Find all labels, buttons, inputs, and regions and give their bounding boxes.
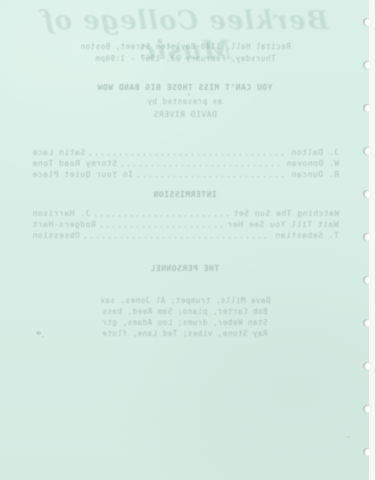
program-row-right: J. Dalton (291, 148, 339, 157)
dot-leader (101, 221, 223, 229)
personnel-line-text: Bob Carter, piano; Sam Reed, bass (102, 307, 268, 316)
punch-hole-icon (363, 104, 371, 112)
dot-leader (95, 210, 227, 218)
paper-speck (347, 436, 350, 438)
personnel-heading: THE PERSONNEL (0, 264, 370, 273)
punch-hole-icon (363, 233, 371, 241)
presented-by-label: as presented by (0, 97, 370, 106)
punch-hole-icon (363, 448, 371, 456)
personnel-line-text: Dave Mills, trumpet; Al Jones, sax (100, 296, 271, 305)
program-row: Rodgers-Hart Wait Till You See Her (32, 219, 339, 229)
program-row-left: J. Harrison (32, 209, 90, 218)
dot-leader (90, 149, 286, 157)
program-row-left: In Your Quiet Place (32, 170, 133, 179)
performer-name: DAVID RIVERS (0, 110, 370, 119)
program-row-left: Obsession (32, 231, 80, 240)
paper-sheet: Berklee College of Music Recital Hall, 1… (0, 0, 370, 480)
program-row: Obsession T. Sebastian (32, 230, 339, 240)
punch-hole-icon (363, 61, 371, 69)
personnel-line: Bob Carter, piano; Sam Reed, bass (0, 307, 370, 316)
personnel-line: Stan Weber, drums; Lou Adams, gtr (0, 318, 370, 327)
punch-hole-icon (363, 405, 371, 413)
dot-leader (122, 160, 281, 168)
paper-speck (187, 93, 190, 96)
program-row: J. Harrison Watching The Sun Set (32, 208, 339, 218)
venue-line-1: Recital Hall, 1140 Boylston Street, Bost… (0, 42, 370, 51)
punch-hole-icon (363, 319, 371, 327)
program-row-left: Rodgers-Hart (32, 220, 96, 229)
personnel-line-text: Stan Weber, drums; Lou Adams, gtr (102, 318, 268, 327)
personnel-line-text: Ray Stone, vibes; Ted Lane, flute (102, 329, 268, 338)
program-row-left: Satin Lace (32, 148, 85, 157)
program-row-right: R. Duncan (291, 170, 339, 179)
personnel-line: Ray Stone, vibes; Ted Lane, flute (0, 329, 370, 338)
scanned-document: Berklee College of Music Recital Hall, 1… (0, 0, 375, 480)
dot-leader (138, 171, 286, 179)
venue-line-2: Thursday, February 23, 1967 - 1:00pm (0, 54, 370, 63)
concert-title: YOU CAN'T MISS THOSE BIG BAND WOW (0, 83, 370, 92)
program-row-right: T. Sebastian (275, 231, 339, 240)
program-row-left: Stormy Road Tone (32, 159, 117, 168)
dot-leader (85, 232, 270, 240)
punch-hole-icon (363, 190, 371, 198)
program-row: Stormy Road Tone W. Donovan (32, 158, 339, 168)
punch-hole-icon (363, 147, 371, 155)
program-row-right: Watching The Sun Set (233, 209, 339, 218)
punch-hole-icon (363, 18, 371, 26)
punch-hole-icon (363, 276, 371, 284)
intermission-heading: INTERMISSION (0, 190, 370, 199)
program-row-right: W. Donovan (286, 159, 339, 168)
personnel-line: Dave Mills, trumpet; Al Jones, sax (0, 296, 370, 305)
program-row: Satin Lace J. Dalton (32, 147, 339, 157)
program-row: In Your Quiet Place R. Duncan (32, 169, 339, 179)
program-row-right: Wait Till You See Her (227, 220, 339, 229)
punch-hole-icon (363, 362, 371, 370)
